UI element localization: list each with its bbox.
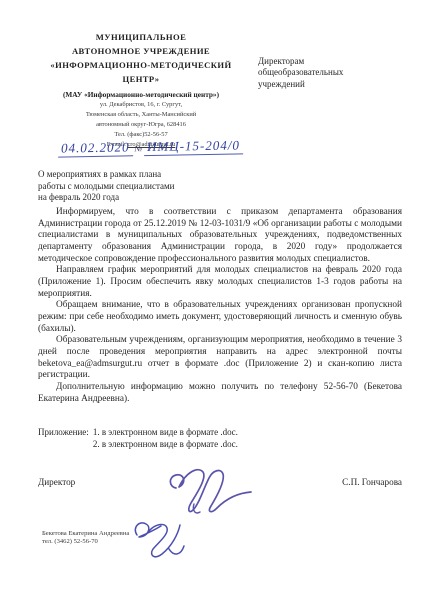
executor-signature	[128, 516, 190, 562]
subject-line-2: работы с молодыми специалистами	[38, 181, 175, 193]
org-address-okrug: автономный округ-Югра, 628416	[22, 121, 260, 129]
handwritten-outgoing-number: ИМЦ-15-204/0	[144, 137, 243, 156]
handwritten-reference-line: 04.02.2020№ИМЦ-15-204/0	[58, 137, 243, 156]
addressee-line-2: общеобразовательных	[258, 67, 343, 78]
body-paragraph: Информируем, что в соответствии с приказ…	[38, 207, 402, 265]
addressee-block: Директорам общеобразовательных учреждени…	[258, 56, 343, 90]
org-name-line-4: ЦЕНТР»	[22, 72, 260, 86]
letter-subject: О мероприятиях в рамках плана работы с м…	[38, 169, 175, 204]
scanned-letter-page: МУНИЦИПАЛЬНОЕ АВТОНОМНОЕ УЧРЕЖДЕНИЕ «ИНФ…	[0, 0, 424, 599]
executor-name: Бекетова Екатерина Андреевна	[42, 530, 129, 538]
org-abbreviation: (МАУ «Информационно-методический центр»)	[22, 90, 260, 99]
letter-body: Информируем, что в соответствии с приказ…	[38, 207, 402, 405]
attachments-label: Приложение:	[38, 427, 89, 450]
org-address-street: ул. Декабристов, 16, г. Сургут,	[22, 101, 260, 109]
body-paragraph: Обращаем внимание, что в образовательных…	[38, 300, 402, 335]
letterhead: МУНИЦИПАЛЬНОЕ АВТОНОМНОЕ УЧРЕЖДЕНИЕ «ИНФ…	[22, 30, 260, 149]
attachment-item: 2. в электронном виде в формате .doc.	[93, 439, 238, 451]
director-signature	[164, 464, 256, 516]
executor-block: Бекетова Екатерина Андреевна тел. (3462)…	[42, 530, 129, 547]
addressee-line-1: Директорам	[258, 56, 343, 67]
org-name-line-3: «ИНФОРМАЦИОННО-МЕТОДИЧЕСКИЙ	[22, 58, 260, 72]
org-name-line-2: АВТОНОМНОЕ УЧРЕЖДЕНИЕ	[22, 44, 260, 58]
body-paragraph: Дополнительную информацию можно получить…	[38, 382, 402, 405]
body-paragraph: Направляем график мероприятий для молоды…	[38, 265, 402, 300]
number-sign: №	[132, 144, 144, 153]
subject-line-1: О мероприятиях в рамках плана	[38, 169, 175, 181]
executor-phone: тел. (3462) 52-56-70	[42, 538, 129, 546]
signer-name: С.П. Гончарова	[342, 477, 402, 487]
org-address-region: Тюменская область, Ханты-Мансийский	[22, 111, 260, 119]
attachment-item: 1. в электронном виде в формате .doc.	[93, 427, 238, 439]
addressee-line-3: учреждений	[258, 79, 343, 90]
org-name-line-1: МУНИЦИПАЛЬНОЕ	[22, 30, 260, 44]
signer-position: Директор	[38, 477, 75, 487]
attachments-block: Приложение: 1. в электронном виде в форм…	[38, 427, 238, 450]
handwritten-date: 04.02.2020	[58, 139, 133, 157]
subject-line-3: на февраль 2020 года	[38, 192, 175, 204]
attachments-list: 1. в электронном виде в формате .doc. 2.…	[93, 427, 238, 450]
body-paragraph: Образовательным учреждениям, организующи…	[38, 335, 402, 382]
